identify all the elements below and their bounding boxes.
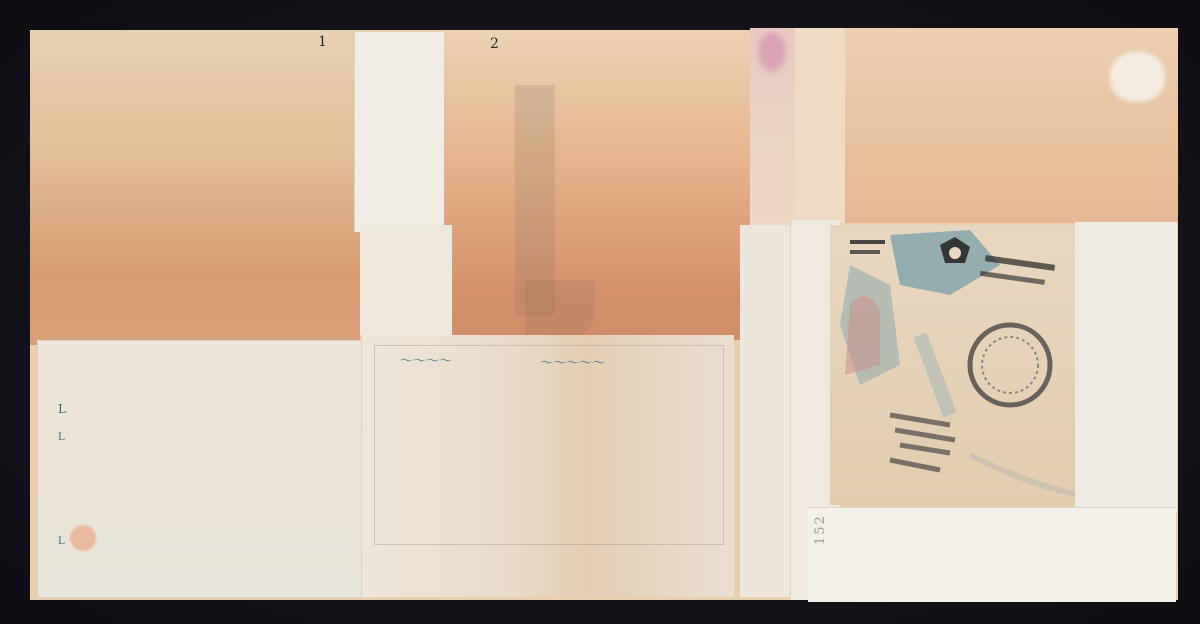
- pink-stain: [758, 32, 786, 72]
- margin-mark: L: [58, 432, 65, 443]
- left-sheet-upper: [30, 30, 360, 345]
- blue-inscription-right: 〜〜〜〜〜: [540, 352, 605, 371]
- blue-inscription-left: 〜〜〜〜: [400, 350, 452, 369]
- margin-mark: L: [58, 402, 66, 416]
- sheet-number-1: 1: [318, 34, 327, 50]
- right-repair-patch: [1075, 222, 1177, 512]
- pencil-number: 152: [813, 514, 828, 545]
- repair-strip: [354, 32, 444, 232]
- ruled-frame: [374, 345, 724, 545]
- repair-strip: [795, 28, 845, 223]
- show-through-print: [525, 280, 595, 340]
- repair-strip: [740, 225, 795, 597]
- paper-loss: [1110, 52, 1165, 102]
- repair-strip: [360, 225, 452, 335]
- bottom-label-patch: [808, 507, 1176, 602]
- printed-fragment: [830, 225, 1080, 505]
- middle-sheet-upper: [442, 30, 750, 340]
- margin-mark: L: [58, 536, 65, 547]
- sheet-number-2: 2: [490, 36, 499, 52]
- left-repair-patch: [37, 340, 362, 598]
- red-seal-stain: [70, 525, 96, 551]
- woodblock-fragment-icon: [830, 225, 1080, 505]
